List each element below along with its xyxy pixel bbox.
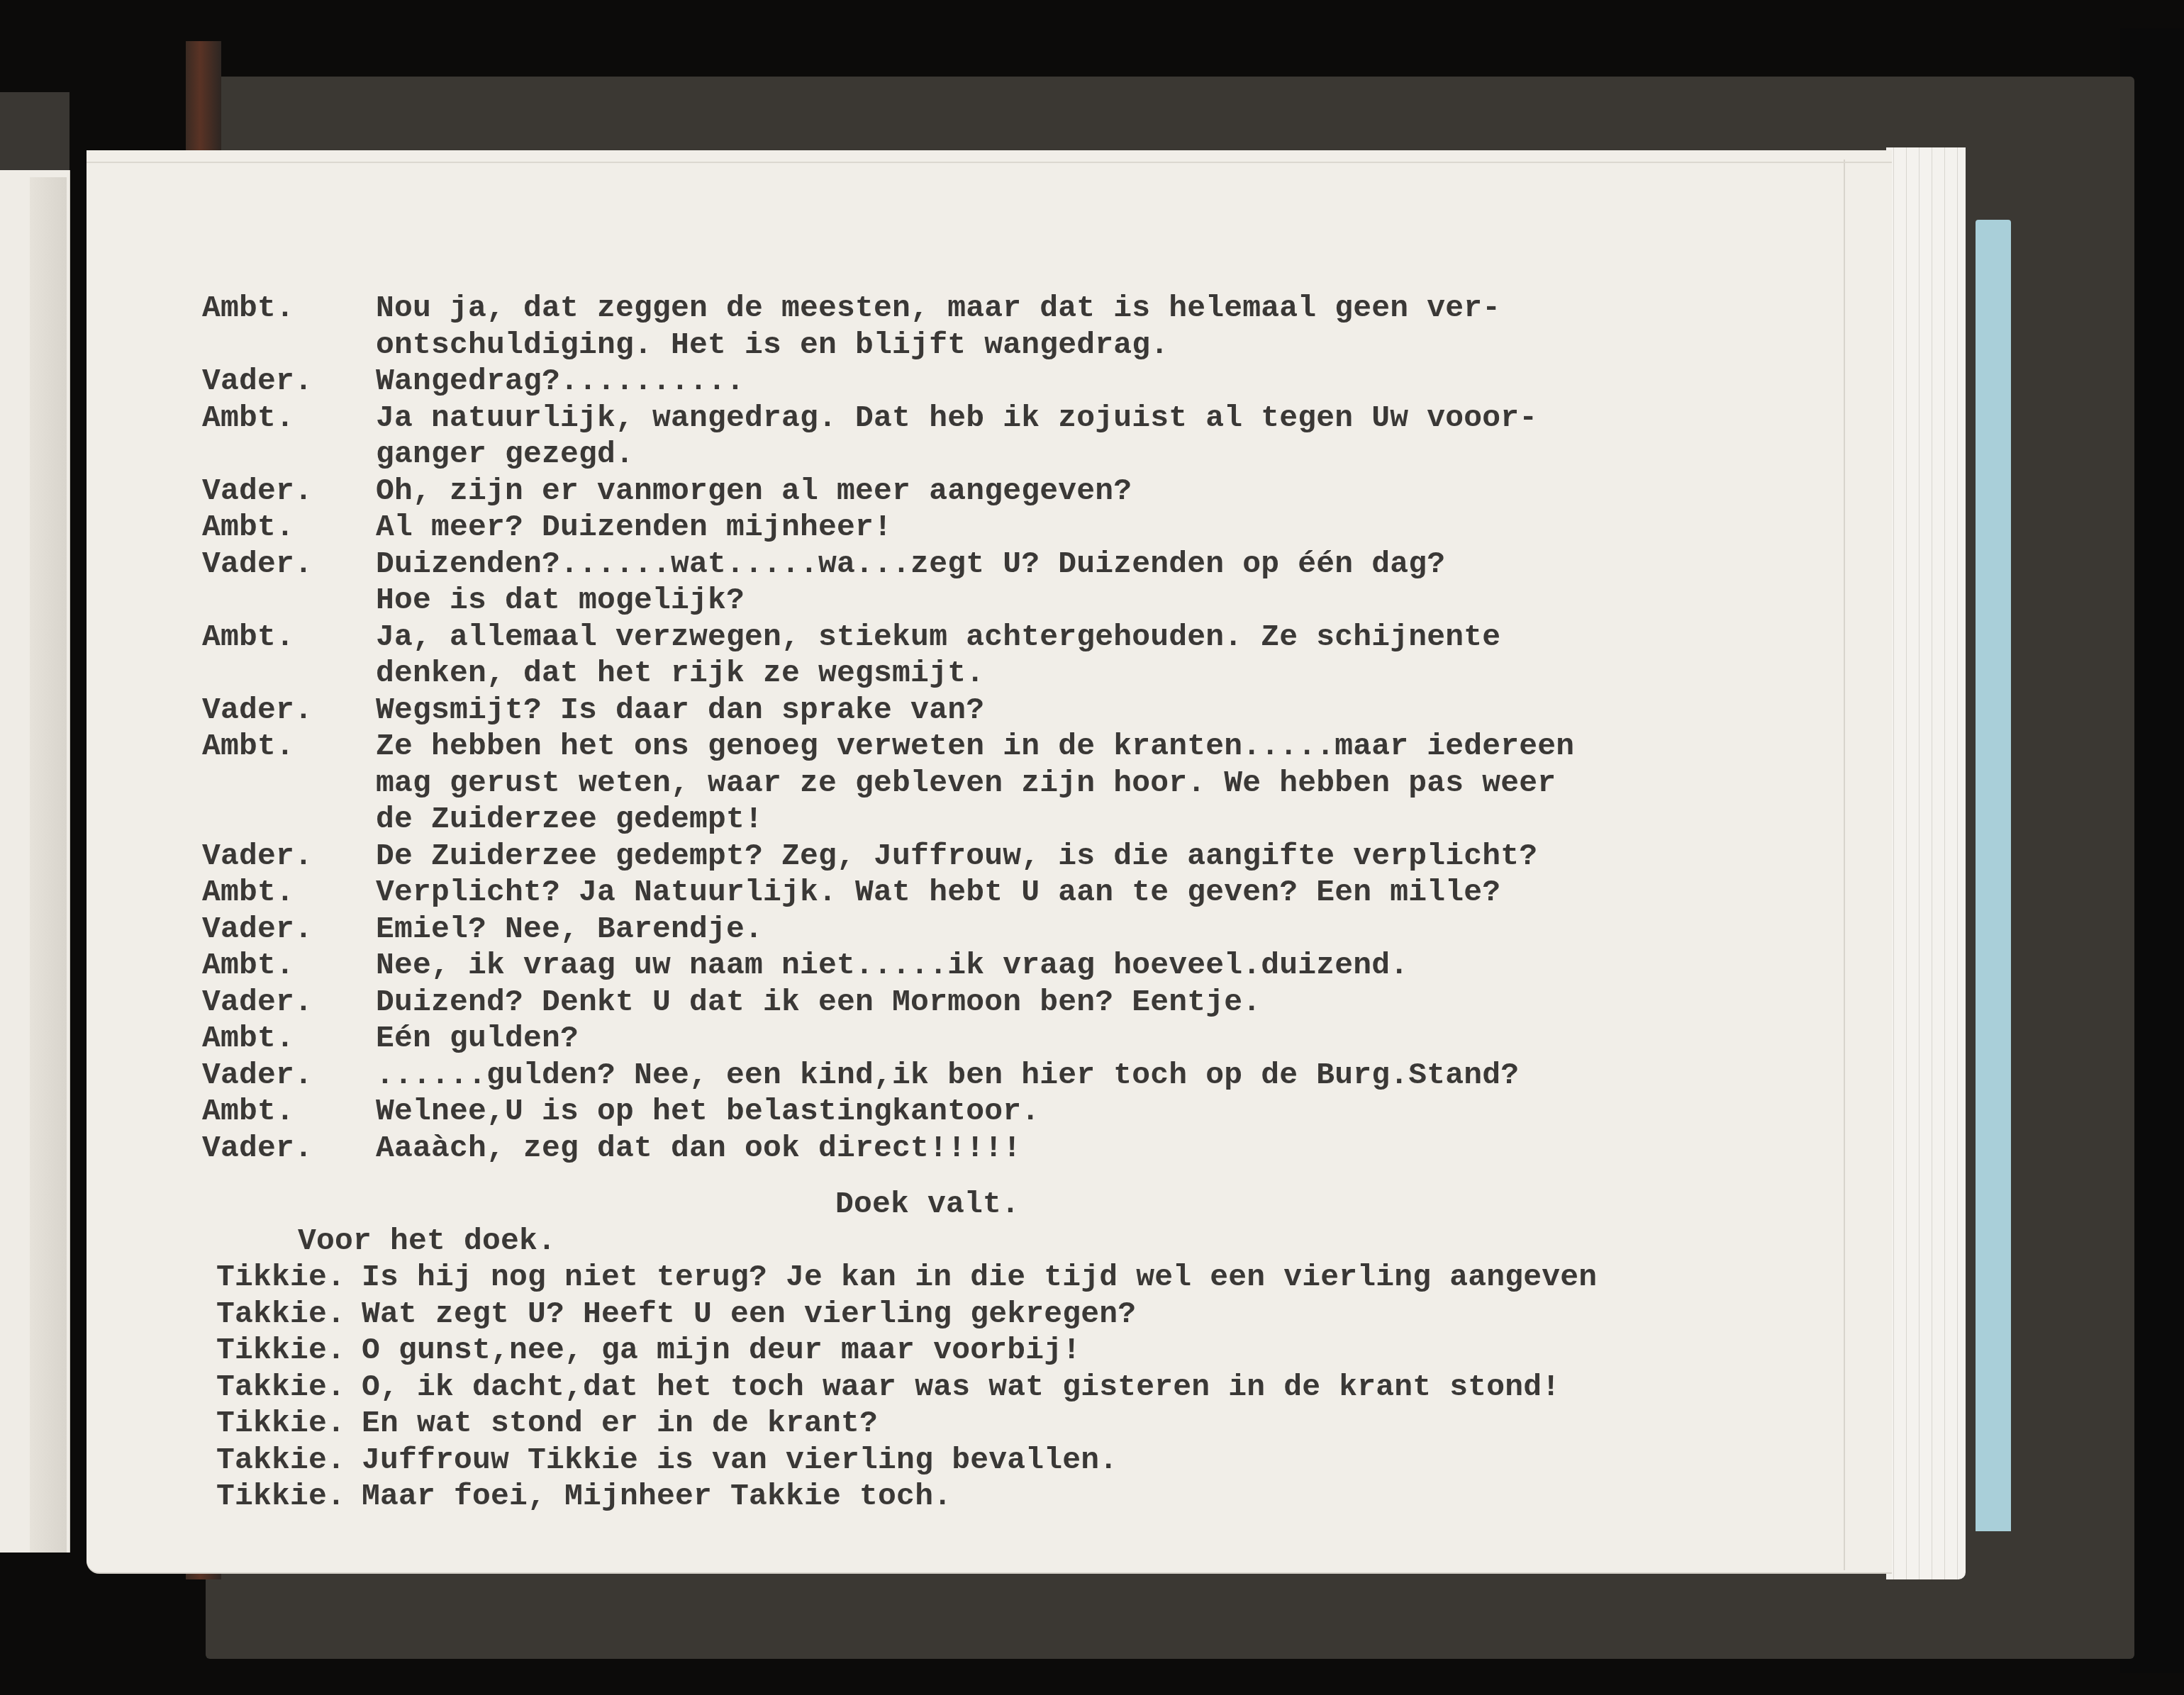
speaker-label: Ambt.	[202, 729, 294, 764]
speaker-label: Ambt.	[202, 1021, 294, 1056]
speaker-label: Vader.	[202, 839, 313, 874]
scene-heading: Voor het doek.	[298, 1224, 556, 1259]
speaker-label: Ambt.	[202, 620, 294, 655]
stage-direction: Doek valt.	[835, 1187, 1020, 1222]
left-page-shadow	[30, 177, 67, 1553]
dialogue-line: ontschuldiging. Het is en blijft wangedr…	[376, 328, 1169, 363]
speaker-label: Tikkie.	[216, 1406, 345, 1441]
speaker-label: Ambt.	[202, 875, 294, 910]
speaker-label: Takkie.	[216, 1370, 345, 1405]
dialogue-line: Wegsmijt? Is daar dan sprake van?	[376, 693, 984, 728]
dialogue-line: Duizend? Denkt U dat ik een Mormoon ben?…	[376, 985, 1261, 1020]
speaker-label: Vader.	[202, 364, 313, 399]
speaker-label: Vader.	[202, 1131, 313, 1166]
dialogue-line: Aaaàch, zeg dat dan ook direct!!!!!	[376, 1131, 1021, 1166]
dialogue-line: Ze hebben het ons genoeg verweten in de …	[376, 729, 1574, 764]
speaker-label: Takkie.	[216, 1443, 345, 1478]
speaker-label: Vader.	[202, 474, 313, 509]
dialogue-line: Oh, zijn er vanmorgen al meer aangegeven…	[376, 474, 1132, 509]
dialogue-line: de Zuiderzee gedempt!	[376, 802, 763, 837]
dialogue-line: Wat zegt U? Heeft U een vierling gekrege…	[362, 1297, 1136, 1332]
underlying-page-top	[87, 162, 1892, 163]
speaker-label: Vader.	[202, 985, 313, 1020]
speaker-label: Vader.	[202, 547, 313, 582]
speaker-label: Vader.	[202, 912, 313, 947]
dialogue-line: Nou ja, dat zeggen de meesten, maar dat …	[376, 291, 1500, 326]
page-stack-edges	[1886, 147, 1966, 1579]
dialogue-line: De Zuiderzee gedempt? Zeg, Juffrouw, is …	[376, 839, 1537, 874]
dialogue-line: ......gulden? Nee, een kind,ik ben hier …	[376, 1058, 1519, 1093]
dialogue-line: Juffrouw Tikkie is van vierling bevallen…	[362, 1443, 1118, 1478]
dialogue-line: denken, dat het rijk ze wegsmijt.	[376, 656, 984, 691]
speaker-label: Vader.	[202, 1058, 313, 1093]
speaker-label: Vader.	[202, 693, 313, 728]
blue-divider-tab	[1976, 220, 2011, 1531]
speaker-label: Takkie.	[216, 1297, 345, 1332]
underlying-page-edge	[1844, 160, 1845, 1570]
dialogue-line: Duizenden?......wat.....wa...zegt U? Dui…	[376, 547, 1445, 582]
dialogue-line: O gunst,nee, ga mijn deur maar voorbij!	[362, 1333, 1081, 1368]
dialogue-line: En wat stond er in de krant?	[362, 1406, 878, 1441]
speaker-label: Tikkie.	[216, 1260, 345, 1295]
speaker-label: Ambt.	[202, 401, 294, 436]
dialogue-line: Welnee,U is op het belastingkantoor.	[376, 1094, 1040, 1129]
dialogue-line: Nee, ik vraag uw naam niet.....ik vraag …	[376, 948, 1408, 983]
dialogue-line: ganger gezegd.	[376, 437, 634, 472]
dialogue-line: Eén gulden?	[376, 1021, 579, 1056]
speaker-label: Ambt.	[202, 510, 294, 545]
speaker-label: Tikkie.	[216, 1333, 345, 1368]
dialogue-line: Emiel? Nee, Barendje.	[376, 912, 763, 947]
dialogue-line: Ja, allemaal verzwegen, stiekum achterge…	[376, 620, 1500, 655]
speaker-label: Tikkie.	[216, 1479, 345, 1514]
dialogue-line: Wangedrag?..........	[376, 364, 745, 399]
speaker-label: Ambt.	[202, 1094, 294, 1129]
dialogue-line: Ja natuurlijk, wangedrag. Dat heb ik zoj…	[376, 401, 1537, 436]
dialogue-line: Hoe is dat mogelijk?	[376, 583, 745, 618]
dialogue-line: Maar foei, Mijnheer Takkie toch.	[362, 1479, 952, 1514]
dialogue-line: Al meer? Duizenden mijnheer!	[376, 510, 892, 545]
dialogue-line: O, ik dacht,dat het toch waar was wat gi…	[362, 1370, 1560, 1405]
left-cover	[0, 92, 69, 172]
dialogue-line: Is hij nog niet terug? Je kan in die tij…	[362, 1260, 1597, 1295]
dialogue-line: mag gerust weten, waar ze gebleven zijn …	[376, 766, 1556, 801]
speaker-label: Ambt.	[202, 291, 294, 326]
dialogue-line: Verplicht? Ja Natuurlijk. Wat hebt U aan…	[376, 875, 1500, 910]
speaker-label: Ambt.	[202, 948, 294, 983]
